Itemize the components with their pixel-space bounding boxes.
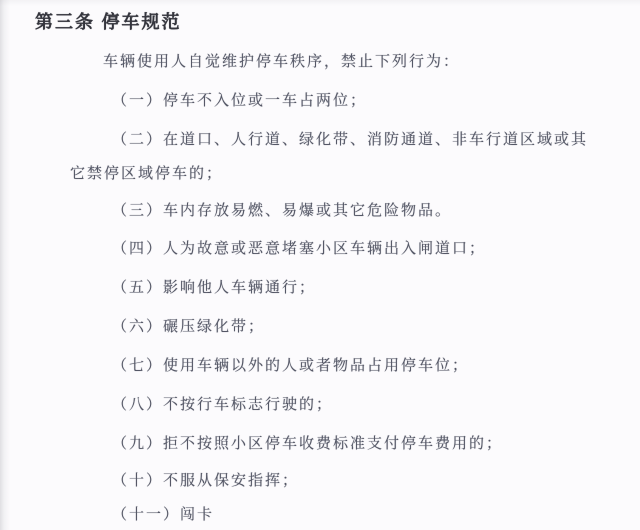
clause-item-1: （一）停车不入位或一车占两位； (112, 89, 367, 110)
clause-item-2-line-1: （二）在道口、人行道、绿化带、消防通道、非车行道区域或其 (112, 128, 588, 149)
clause-item-11: （十一）闯卡 (112, 503, 214, 524)
clause-item-3: （三）车内存放易燃、易爆或其它危险物品。 (112, 199, 452, 220)
scanned-document-page: 第三条 停车规范 车辆使用人自觉维护停车秩序，禁止下列行为： （一）停车不入位或… (0, 0, 640, 530)
clause-item-2-line-2: 它禁停区域停车的； (70, 162, 223, 183)
intro-paragraph: 车辆使用人自觉维护停车秩序，禁止下列行为： (103, 50, 460, 71)
clause-item-6: （六）碾压绿化带； (112, 315, 265, 336)
document-heading: 第三条 停车规范 (35, 8, 182, 34)
clause-item-4: （四）人为故意或恶意堵塞小区车辆出入闸道口； (112, 237, 486, 258)
clause-item-8: （八）不按行车标志行驶的； (112, 393, 333, 414)
clause-item-9: （九）拒不按照小区停车收费标准支付停车费用的； (112, 432, 503, 453)
clause-item-5: （五）影响他人车辆通行； (112, 276, 316, 297)
clause-item-7: （七）使用车辆以外的人或者物品占用停车位； (112, 354, 469, 375)
clause-item-10: （十）不服从保安指挥； (112, 469, 299, 490)
